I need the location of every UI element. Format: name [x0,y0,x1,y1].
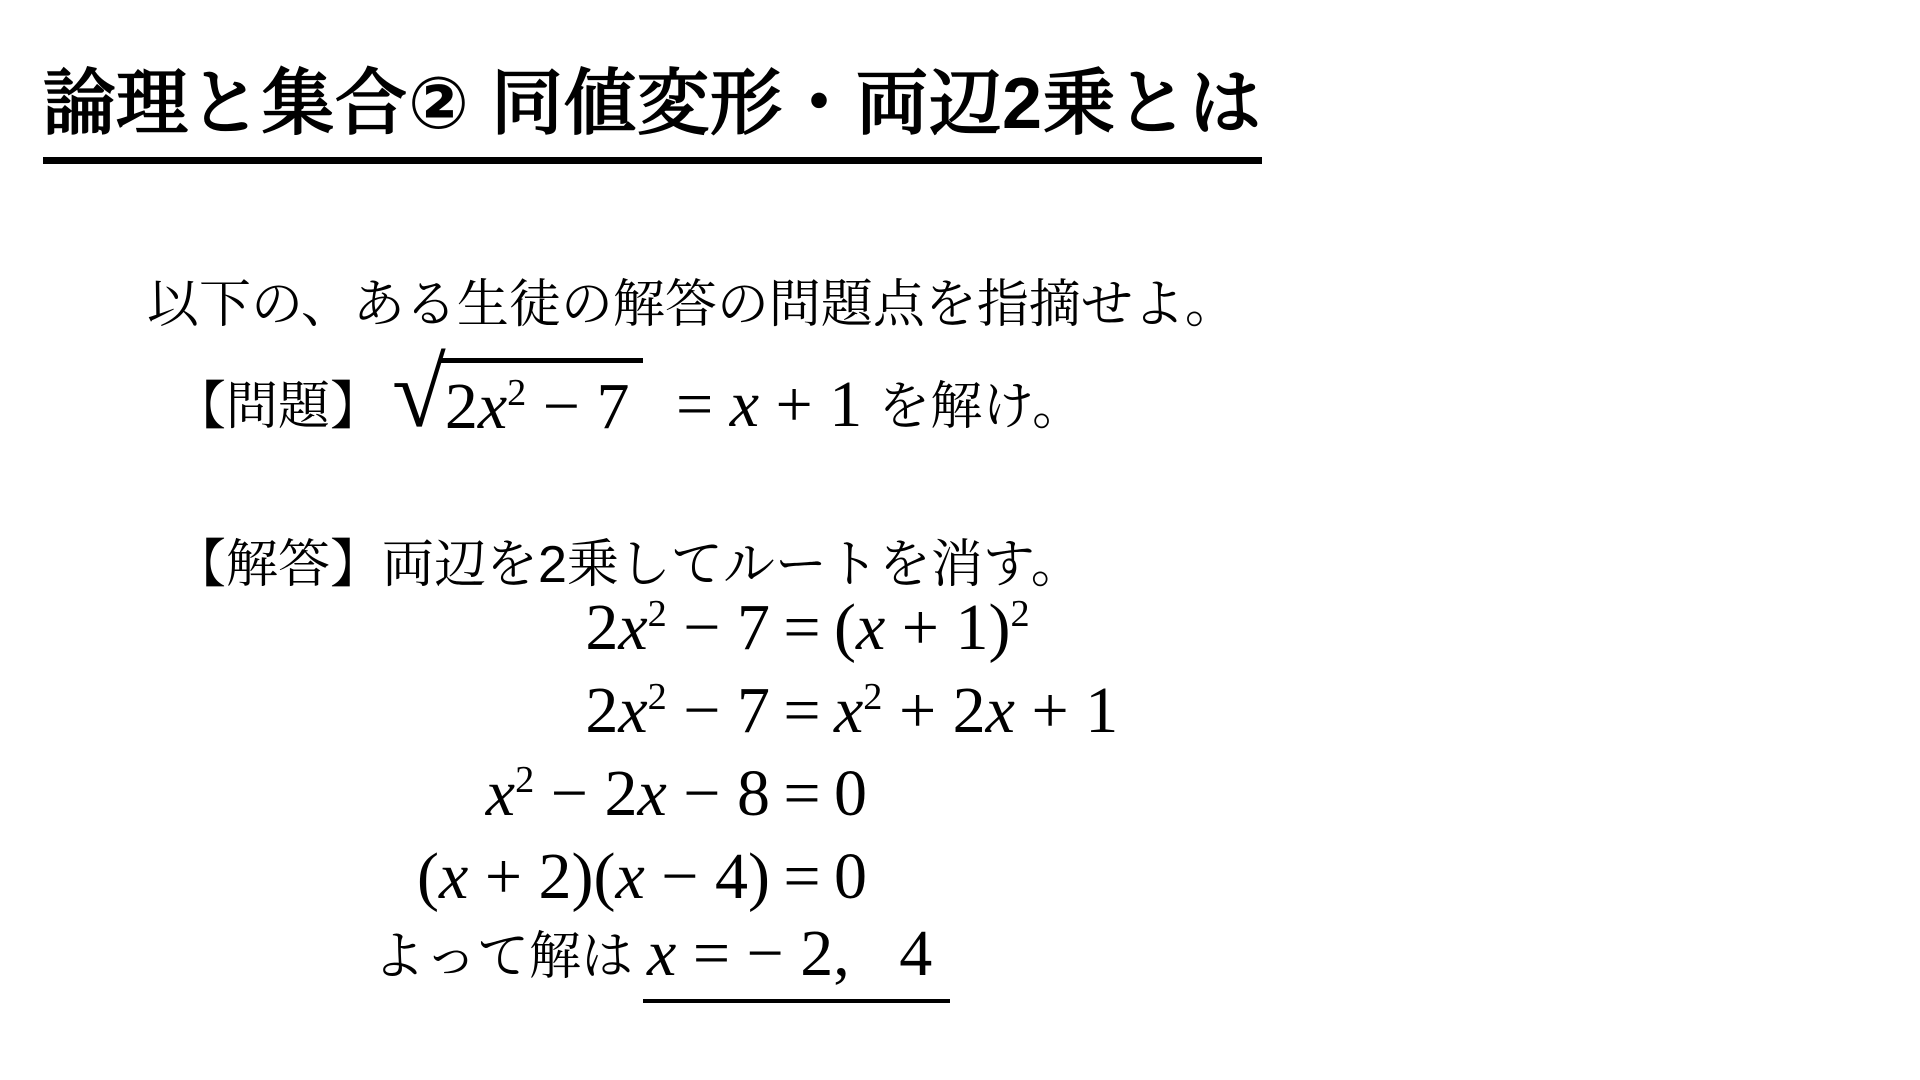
conclusion-row: よって解は x = − 2, 4 [373,912,950,1003]
equation-rhs: 0 [834,835,1254,918]
problem-label: 【問題】 [174,364,382,439]
radicand: 2x2 − 7 [441,358,644,445]
equation-steps: 2x2 − 7 = (x + 1)2 2x2 − 7 = x2 + 2x + 1… [330,586,1254,918]
equals-sign: = [770,835,834,918]
equals-sign: = [770,669,834,752]
conclusion-answer: x = − 2, 4 [643,912,950,1003]
problem-suffix: を解け。 [878,364,1084,439]
equation-rhs: 0 [834,752,1254,835]
problem-formula: √ 2x2 − 7 = x + 1 [382,358,878,445]
instruction-text: 以下の、ある生徒の解答の問題点を指摘せよ。 [147,262,1237,337]
equation-lhs: 2x2 − 7 [330,669,770,752]
equals-sign: = [770,586,834,669]
problem-equation-rhs: = x + 1 [676,368,862,441]
equation-lhs: (x + 2)(x − 4) [330,835,770,918]
conclusion-prefix: よって解は [373,916,633,999]
problem-row: 【問題】 √ 2x2 − 7 = x + 1 を解け。 [174,358,1084,445]
equals-sign: = [770,752,834,835]
square-root: √ 2x2 − 7 [392,358,643,445]
radical-sign-icon: √ [392,358,446,430]
slide: { "page": { "title": "論理と集合② 同値変形・両辺2乗とは… [0,0,1920,1080]
equation-rhs: (x + 1)2 [834,586,1254,669]
page-title: 論理と集合② 同値変形・両辺2乗とは [43,64,1262,164]
equation-rhs: x2 + 2x + 1 [834,669,1254,752]
equation-lhs: x2 − 2x − 8 [330,752,770,835]
equation-lhs: 2x2 − 7 [330,586,770,669]
